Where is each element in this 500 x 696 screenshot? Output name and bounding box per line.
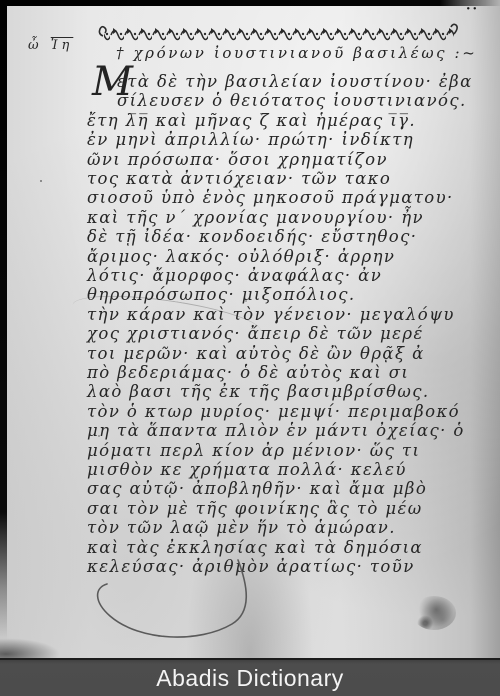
manuscript-line: σίλευσεν ὁ θειότατος ἰουστινιανός.: [117, 91, 500, 110]
manuscript-line: πὸ βεδεριάμας· ὁ δὲ αὐτὸς καὶ σι: [87, 363, 482, 382]
manuscript-line: δὲ τῇ ἰδέα· κονδοειδής· εὔστηθος·: [87, 227, 482, 246]
manuscript-line: τὴν κάραν καὶ τὸν γένειον· μεγαλόψυ: [87, 305, 482, 324]
manuscript-photo: ·· ὦ Ἰη † χρόνων ἰουστινιανοῦ βασιλέως :…: [0, 0, 500, 659]
ink-blot: [412, 596, 456, 630]
manuscript-line: καὶ τὰς ἐκκλησίας καὶ τὰ δημόσια: [87, 538, 482, 557]
photo-corner-shadow: [0, 638, 60, 658]
footer-title: Abadis Dictionary: [156, 665, 343, 692]
manuscript-line: τὸν τῶν λαῷ μὲν ἥν τὸ ἁμώραν.: [87, 518, 482, 537]
ornamental-headband-icon: [96, 23, 462, 41]
manuscript-line: τος κατὰ ἀντιόχειαν· τῶν τακο: [87, 169, 482, 188]
manuscript-line: τοι μερῶν· καὶ αὐτὸς δὲ ὢν θρᾷξ ἀ: [87, 344, 482, 363]
manuscript-line: σας αὐτῷ· ἀποβληθῆν· καὶ ἄμα μβὸ: [87, 479, 482, 498]
manuscript-line: ῶνι πρόσωπα· ὅσοι χρηματίζον: [87, 150, 482, 169]
manuscript-line: σιοσοῦ ὑπὸ ἑνὸς μηκοσοῦ πράγματου·: [87, 188, 482, 207]
manuscript-line: λαὸ βασι τῆς ἐκ τῆς βασιμβρίσθως.: [87, 382, 482, 401]
manuscript-title: † χρόνων ἰουστινιανοῦ βασιλέως :~: [116, 44, 476, 62]
manuscript-line: καὶ τῆς ν΄ χρονίας μανουργίου· ἦν: [87, 208, 482, 227]
corner-dots: ··: [466, 2, 479, 17]
manuscript-line: μόματι περλ κίον ἀρ μένιον· ὥς τι: [87, 441, 482, 460]
photo-left-border: [0, 0, 7, 640]
manuscript-line: ἐν μηνὶ ἀπριλλίω· πρώτη· ἰνδίκτη: [87, 130, 482, 149]
marginal-note: ὦ Ἰη: [28, 38, 73, 53]
flourish-squiggle-icon: [80, 556, 280, 648]
manuscript-line: θηροπρόσωπος· μιξοπόλιος.: [87, 285, 482, 304]
manuscript-line: μη τὰ ἅπαντα πλιὸν ἑν μάντι ὀχείας· ὁ: [87, 421, 482, 440]
footer-bar: Abadis Dictionary: [0, 658, 500, 696]
photo-specks: [40, 180, 42, 182]
manuscript-line: τὸν ὁ κτωρ μυρίος· μεμψί· περιμαβοκό: [87, 402, 482, 421]
manuscript-line: ἔτη λ̅η̅ καὶ μῆνας ζ̅ καὶ ἡμέρας ι̅γ̅.: [87, 111, 482, 130]
manuscript-line: μισθὸν κε χρήματα πολλά· κελεύ: [87, 460, 482, 479]
marginal-note-nomen-sacrum: Ἰη: [51, 38, 74, 53]
manuscript-line: ετὰ δὲ τὴν βασιλείαν ἰουστίνου· ἐβα: [117, 72, 500, 91]
manuscript-line: ἄριμος· λακός· οὐλόθριξ· ἀρρην: [87, 247, 482, 266]
photo-top-border: [0, 0, 500, 6]
manuscript-line: σαι τὸν μὲ τῆς φοινίκης ἃς τὸ μέω: [87, 499, 482, 518]
manuscript-line: λότις· ἄμορφος· ἀναφάλας· ἀν: [87, 266, 482, 285]
manuscript-line: χος χριστιανός· ἄπειρ δὲ τῶν μερέ: [87, 324, 482, 343]
marginal-note-prefix: ὦ: [28, 38, 43, 53]
